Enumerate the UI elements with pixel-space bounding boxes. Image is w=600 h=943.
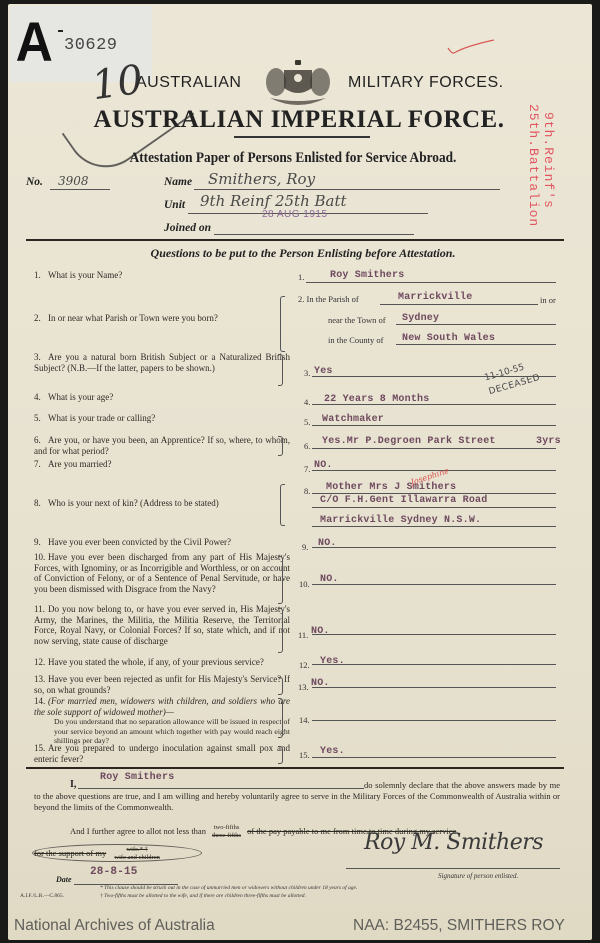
unit-stamp-line2: 25th.Battalion	[526, 104, 541, 227]
answer-6: Yes.Mr P.Degroen Park Street	[322, 436, 496, 447]
footnote-2: † Two-fifths must be allotted to the wif…	[100, 893, 306, 899]
answer-14-number: 14.	[299, 715, 310, 725]
question-6: 6.Are you, or have you been, an Apprenti…	[34, 435, 290, 456]
brace-q2	[280, 296, 285, 352]
question-14: 14.(For married men, widowers with child…	[34, 696, 290, 746]
answer-12-number: 12.	[299, 660, 310, 670]
answer-8-line1: Mother Mrs J Smithers	[326, 482, 456, 493]
dash-mark	[58, 30, 63, 32]
question-10: 10.Have you ever been discharged from an…	[34, 552, 290, 594]
answer-2-parish: Marrickville	[398, 292, 472, 303]
brace-q13	[278, 677, 283, 695]
answer-4-number: 4.	[304, 397, 310, 407]
question-13: 13.Have you ever been rejected as unfit …	[34, 674, 290, 695]
answer-5-line	[312, 425, 556, 426]
name-underline	[194, 189, 500, 190]
answer-2-town: Sydney	[402, 313, 439, 324]
answer-15: Yes.	[320, 746, 345, 757]
brace-q11	[278, 608, 283, 653]
answer-12: Yes.	[320, 656, 345, 667]
red-tick-icon	[446, 38, 496, 58]
answer-15-line	[312, 757, 556, 758]
regimental-number: 3908	[58, 174, 89, 188]
question-2: 2.In or near what Parish or Town were yo…	[34, 313, 290, 324]
question-5: 5.What is your trade or calling?	[34, 413, 290, 424]
answer-8-number: 8.	[304, 486, 310, 496]
answer-1-number: 1.	[298, 272, 304, 282]
watermark-archive-name: National Archives of Australia	[14, 917, 215, 935]
answer-15-number: 15.	[299, 750, 310, 760]
no-label: No.	[26, 176, 43, 188]
answer-2-town-label: near the Town of	[328, 315, 386, 325]
answer-11-number: 11.	[298, 630, 308, 640]
answer-12-line	[312, 664, 556, 665]
answer-7-number: 7.	[304, 464, 310, 474]
answer-8-line3-rule	[312, 526, 556, 527]
question-4: 4.What is your age?	[34, 392, 290, 403]
declaration-text: do solemnly declare that the above answe…	[34, 780, 560, 813]
answer-2-county: New South Wales	[402, 333, 495, 344]
series-letter: A	[16, 14, 53, 70]
header-australian: AUSTRALIAN	[136, 74, 241, 92]
answer-8-line3: Marrickville Sydney N.S.W.	[320, 515, 481, 526]
title-underline	[234, 136, 370, 138]
page-subtitle: Attestation Paper of Persons Enlisted fo…	[86, 150, 500, 167]
answer-2-parish-label: 2. In the Parish of	[298, 294, 359, 304]
answer-5: Watchmaker	[322, 414, 384, 425]
name-value: Smithers, Roy	[208, 170, 315, 188]
coat-of-arms-icon	[264, 58, 332, 108]
signature-caption: Signature of person enlisted.	[438, 872, 518, 880]
answer-2-county-line	[396, 344, 556, 345]
answer-11: NO.	[311, 626, 330, 637]
answer-6-line	[312, 448, 556, 449]
answer-8-line1-rule	[312, 493, 556, 494]
answer-9-line	[312, 547, 556, 548]
date-label: Date	[56, 875, 72, 884]
answer-14-line	[312, 720, 556, 721]
brace-q10	[278, 556, 283, 604]
answer-8-line2: C/O F.H.Gent Illawarra Road	[320, 495, 487, 506]
question-15: 15.Are you prepared to undergo inoculati…	[34, 743, 290, 764]
joined-underline	[214, 234, 414, 235]
answer-1-line	[306, 282, 556, 283]
allotment-fraction: two-fifths three-fifths	[212, 824, 241, 840]
page-title: AUSTRALIAN IMPERIAL FORCE.	[64, 106, 534, 134]
answer-5-number: 5.	[304, 417, 310, 427]
question-3: 3.Are you a natural born British Subject…	[34, 352, 290, 373]
answer-1: Roy Smithers	[330, 270, 404, 281]
answer-2-county-label: in the County of	[328, 335, 383, 345]
questions-title: Questions to be put to the Person Enlist…	[108, 246, 498, 261]
answer-2-parish-line	[380, 304, 538, 305]
attestation-paper: A 30629 10 AUSTRALIAN MILITARY FORCES. A…	[8, 4, 592, 940]
brace-q6	[278, 436, 283, 456]
joined-label: Joined on	[164, 222, 211, 234]
unit-stamp-line1: 9th.Reinf's	[541, 112, 556, 209]
answer-2-town-line	[396, 324, 556, 325]
answer-13-line	[312, 687, 556, 688]
signature: Roy M. Smithers	[364, 830, 543, 855]
declaration-divider	[26, 767, 564, 769]
unit-value: 9th Reinf 25th Batt	[200, 192, 347, 210]
brace-q3	[278, 354, 283, 386]
answer-4-line	[312, 404, 556, 405]
watermark-citation: NAA: B2455, SMITHERS ROY	[353, 917, 565, 935]
date-value: 28-8-15	[90, 866, 138, 878]
no-underline	[50, 189, 110, 190]
header-military-forces: MILITARY FORCES.	[348, 74, 504, 92]
brace-q8	[280, 484, 285, 526]
answer-3-number: 3.	[304, 368, 310, 378]
answer-13-number: 13.	[298, 682, 309, 692]
answer-6-period: 3yrs	[536, 436, 561, 447]
brace-q14	[278, 698, 283, 738]
brace-q15	[278, 746, 283, 764]
footnote-1: * This clause should be struck out in th…	[100, 885, 357, 891]
answer-8-line2-rule	[312, 507, 556, 508]
strike-loop-support	[32, 844, 202, 862]
question-8: 8.Who is your next of kin? (Address to b…	[34, 498, 290, 509]
signature-underline	[346, 868, 560, 869]
answer-2-in-or: in or	[540, 295, 556, 305]
question-12: 12.Have you stated the whole, if any, of…	[34, 657, 290, 668]
answer-3-line	[312, 376, 556, 377]
question-9: 9.Have you ever been convicted by the Ci…	[34, 537, 290, 548]
answer-10-line	[312, 584, 556, 585]
date-stamp: 28 AUG 1915	[262, 209, 328, 220]
file-number: 30629	[64, 36, 118, 55]
unit-label: Unit	[164, 199, 185, 211]
question-7: 7.Are you married?	[34, 459, 290, 470]
question-11: 11.Do you now belong to, or have you eve…	[34, 604, 290, 646]
answer-11-line	[312, 634, 556, 635]
form-code: A.I.F./L.R.—C.865.	[20, 893, 64, 899]
answer-10-number: 10.	[299, 579, 310, 589]
answer-9-number: 9.	[302, 542, 308, 552]
question-1: 1.What is your Name?	[34, 270, 290, 281]
section-divider	[26, 239, 564, 241]
name-label: Name	[164, 176, 192, 188]
answer-6-number: 6.	[304, 441, 310, 451]
